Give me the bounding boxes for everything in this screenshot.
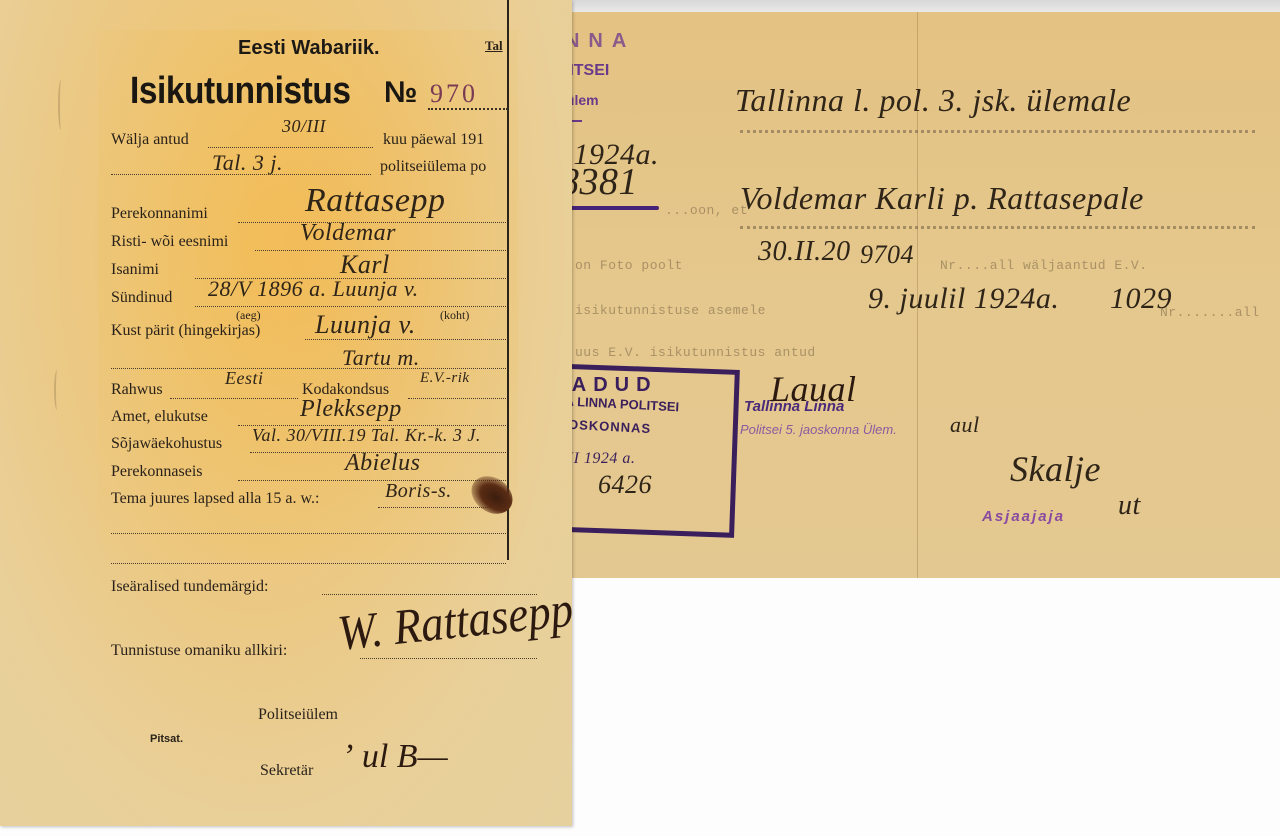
- typed-text-3a: isikutunnistuse asemele: [575, 303, 766, 318]
- field-label-born: Sündinud: [111, 289, 172, 307]
- field-value-citizenship: E.V.-rik: [420, 370, 470, 387]
- issued-number: 9704: [860, 240, 914, 270]
- dotted-line: [740, 130, 1255, 133]
- clerk-stamp: Asjaajaja: [982, 508, 1065, 525]
- received-stamp-number: 6426: [598, 470, 652, 500]
- field-suffix-issued: kuu päewal 191: [383, 131, 484, 149]
- typed-text-3b: Nr.......all: [1160, 305, 1260, 320]
- typed-text-4: uus E.V. isikutunnistus antud: [575, 345, 816, 360]
- dotted-line: [195, 306, 506, 307]
- field-value-occupation: Plekksepp: [300, 396, 402, 423]
- seal-label: Pitsat.: [150, 733, 183, 745]
- field-value-children: Boris-s.: [385, 480, 452, 503]
- clerk-initials: ut: [1118, 490, 1141, 522]
- special-marks-label: Iseäralised tundemärgid:: [111, 578, 268, 596]
- field-label-father-name: Isanimi: [111, 261, 159, 279]
- typed-text-2a: on Foto poolt: [575, 258, 683, 273]
- sublabel-time: (aeg): [236, 308, 261, 323]
- field-label-nationality: Rahwus: [111, 381, 163, 399]
- field-suffix-department: politseiülema po: [380, 158, 486, 176]
- dotted-line: [170, 398, 298, 399]
- paper-tear: [54, 370, 60, 410]
- field-label-marital: Perekonnaseis: [111, 463, 203, 481]
- field-value-issued: 30/III: [282, 116, 326, 137]
- paper-tear: [58, 80, 64, 130]
- field-value-county: Tartu m.: [342, 345, 420, 371]
- field-value-marital: Abielus: [345, 450, 421, 477]
- document-number: 970: [430, 79, 478, 109]
- sublabel-place: (koht): [440, 308, 469, 323]
- chief-signature-extra: aul: [950, 412, 980, 438]
- republic-heading: Eesti Wabariik.: [238, 37, 380, 60]
- secretary-label: Sekretär: [260, 762, 313, 780]
- secretary-signature: ʼ ul B—: [342, 738, 448, 776]
- dotted-line: [111, 368, 506, 369]
- field-value-surname: Rattasepp: [305, 182, 445, 220]
- number-label: №: [384, 76, 417, 110]
- field-label-military: Sõjawäekohustus: [111, 435, 222, 453]
- dotted-line: [208, 147, 373, 148]
- new-date: 9. juulil 1924a.: [868, 282, 1059, 316]
- dotted-line: [360, 658, 537, 659]
- field-value-military: Val. 30/VIII.19 Tal. Kr.-k. 3 J.: [252, 425, 481, 446]
- field-value-nationality: Eesti: [225, 368, 264, 389]
- field-value-born: 28/V 1896 a. Luunja v.: [208, 276, 419, 302]
- person-name: Voldemar Karli p. Rattasepale: [740, 180, 1144, 217]
- field-value-department: Tal. 3 j.: [212, 150, 283, 176]
- field-label-surname: Perekonnanimi: [111, 205, 208, 223]
- corner-fragment: Tal: [485, 38, 503, 54]
- police-chief-label: Politseiülem: [258, 706, 338, 724]
- document-title: Isikutunnistus: [130, 70, 351, 113]
- clerk-signature: Skalje: [1010, 448, 1101, 490]
- field-label-first-name: Risti- wõi eesnimi: [111, 233, 228, 251]
- field-label-children: Tema juures lapsed alla 15 a. w.:: [111, 490, 319, 508]
- dotted-line: [111, 563, 506, 564]
- dotted-line: [408, 398, 506, 399]
- field-label-occupation: Amet, elukutse: [111, 408, 208, 426]
- dotted-line: [238, 480, 506, 481]
- dotted-line: [740, 226, 1255, 229]
- chief-signature: Laual: [770, 368, 857, 410]
- addressee: Tallinna l. pol. 3. jsk. ülemale: [735, 82, 1131, 119]
- owner-signature-label: Tunnistuse omaniku allkiri:: [111, 642, 287, 660]
- issued-date: 30.II.20: [758, 236, 851, 268]
- field-value-first-name: Voldemar: [300, 220, 396, 247]
- field-value-origin: Luunja v.: [315, 310, 416, 340]
- field-label-origin: Kust pärit (hingekirjas): [111, 322, 260, 340]
- chief-stamp-line2: Politsei 5. jaoskonna Ülem.: [740, 422, 897, 437]
- field-label-issued: Wälja antud: [111, 131, 189, 149]
- typed-text-2b: Nr....all wäljaantud E.V.: [940, 258, 1148, 273]
- number-line: [428, 108, 508, 110]
- card-edge: [507, 0, 509, 560]
- typed-text-1: ...oon, et: [665, 203, 748, 218]
- dotted-line: [111, 533, 506, 534]
